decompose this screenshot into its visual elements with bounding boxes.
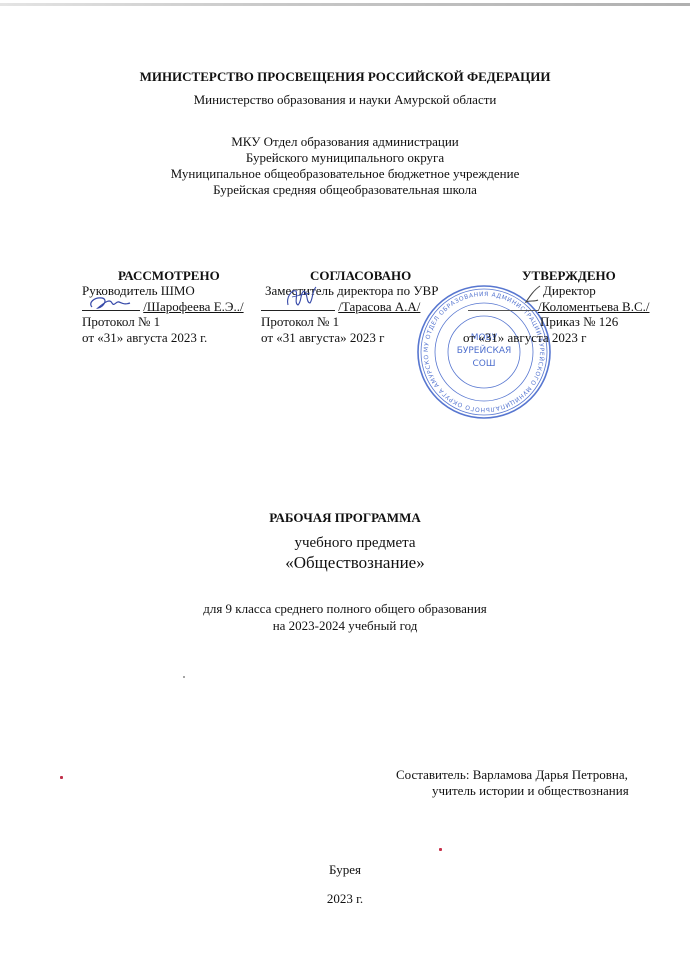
ministry-title: МИНИСТЕРСТВО ПРОСВЕЩЕНИЯ РОССИЙСКОЙ ФЕДЕ… — [0, 69, 690, 85]
org-line-2: Бурейского муниципального округа — [0, 150, 690, 166]
approved-date: от «31» августа 2023 г — [463, 330, 586, 346]
footer-city: Бурея — [0, 862, 690, 878]
grade-line: для 9 класса среднего полного общего обр… — [0, 601, 690, 617]
year-line: на 2023-2024 учебный год — [0, 618, 690, 634]
reviewed-signer: /Шарофеева Е.Э../ — [143, 299, 243, 314]
approved-order: Приказ № 126 — [540, 314, 618, 330]
subject-label: учебного предмета — [0, 534, 690, 552]
agreed-date: от «31 августа» 2023 г — [261, 330, 384, 346]
approved-title: УТВЕРЖДЕНО — [522, 268, 616, 284]
scan-speck — [439, 848, 442, 851]
reviewed-date: от «31» августа 2023 г. — [82, 330, 207, 346]
scan-speck — [183, 676, 185, 678]
footer-year: 2023 г. — [0, 891, 690, 907]
approved-signature-line: /Коломентьева В.С./ — [468, 298, 649, 315]
regional-ministry: Министерство образования и науки Амурско… — [0, 92, 690, 108]
org-line-3: Муниципальное общеобразовательное бюджет… — [0, 166, 690, 182]
approved-signer: /Коломентьева В.С./ — [538, 299, 649, 314]
program-title: РАБОЧАЯ ПРОГРАММА — [0, 510, 690, 526]
author-position: учитель истории и обществознания — [432, 783, 629, 799]
agreed-title: СОГЛАСОВАНО — [310, 268, 411, 284]
agreed-protocol: Протокол № 1 — [261, 314, 339, 330]
org-line-4: Бурейская средняя общеобразовательная шк… — [0, 182, 690, 198]
page-top-edge — [0, 3, 690, 6]
signature-icon — [86, 293, 136, 313]
subject-name: «Обществознание» — [0, 553, 690, 573]
author-name: Составитель: Варламова Дарья Петровна, — [396, 767, 628, 783]
signature-icon — [280, 283, 320, 311]
agreed-signer: /Тарасова А.А/ — [338, 299, 420, 314]
scan-speck — [60, 776, 63, 779]
signature-icon — [520, 284, 544, 306]
reviewed-protocol: Протокол № 1 — [82, 314, 160, 330]
svg-text:СОШ: СОШ — [473, 359, 496, 369]
org-line-1: МКУ Отдел образования администрации — [0, 134, 690, 150]
approved-role: Директор — [543, 283, 596, 299]
reviewed-title: РАССМОТРЕНО — [118, 268, 220, 284]
